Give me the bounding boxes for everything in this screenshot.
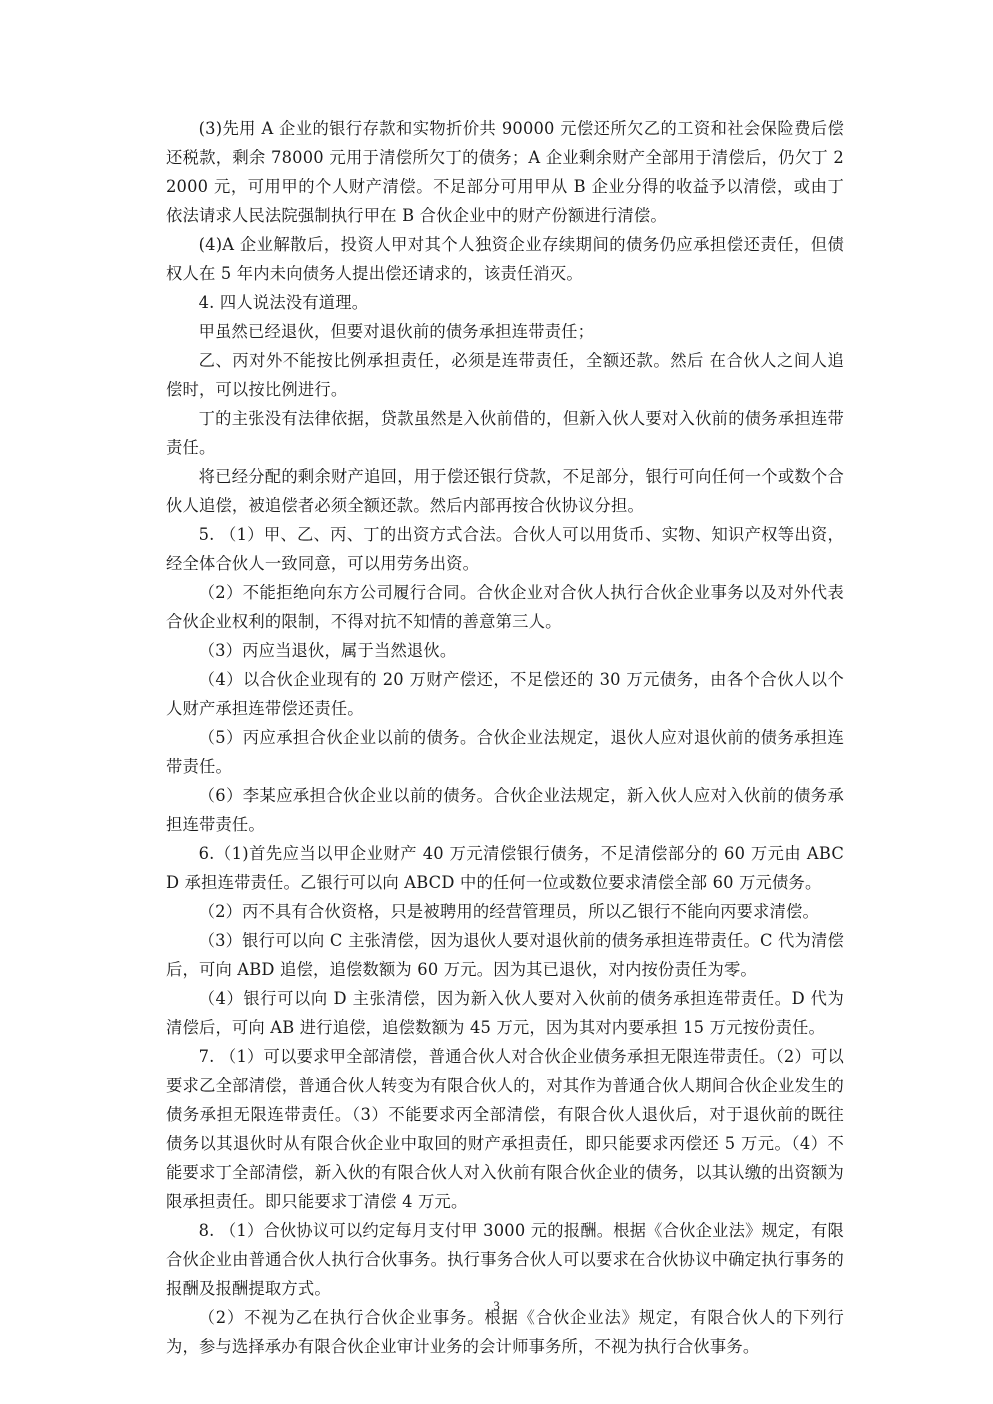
paragraph-3-4: (4)A 企业解散后，投资人甲对其个人独资企业存续期间的债务仍应承担偿还责任，但… [166, 230, 844, 288]
paragraph-q6-3: （3）银行可以向 C 主张清偿，因为退伙人要对退伙前的债务承担连带责任。C 代为… [166, 926, 844, 984]
paragraph-q4-ding: 丁的主张没有法律依据，贷款虽然是入伙前借的，但新入伙人要对入伙前的债务承担连带责… [166, 404, 844, 462]
paragraph-q8-1: 8. （1）合伙协议可以约定每月支付甲 3000 元的报酬。根据《合伙企业法》规… [166, 1216, 844, 1303]
paragraph-q5-3: （3）丙应当退伙，属于当然退伙。 [166, 636, 844, 665]
paragraph-q4-yi-bing: 乙、丙对外不能按比例承担责任，必须是连带责任，全额还款。然后 在合伙人之间人追偿… [166, 346, 844, 404]
paragraph-q6-4: （4）银行可以向 D 主张清偿，因为新入伙人要对入伙前的债务承担连带责任。D 代… [166, 984, 844, 1042]
document-body: (3)先用 A 企业的银行存款和实物折价共 90000 元偿还所欠乙的工资和社会… [166, 114, 844, 1361]
paragraph-3-3: (3)先用 A 企业的银行存款和实物折价共 90000 元偿还所欠乙的工资和社会… [166, 114, 844, 230]
paragraph-q5-5: （5）丙应承担合伙企业以前的债务。合伙企业法规定，退伙人应对退伙前的债务承担连带… [166, 723, 844, 781]
paragraph-q6-1: 6.（1)首先应当以甲企业财产 40 万元清偿银行债务，不足清偿部分的 60 万… [166, 839, 844, 897]
paragraph-q5-1: 5. （1）甲、乙、丙、丁的出资方式合法。合伙人可以用货币、实物、知识产权等出资… [166, 520, 844, 578]
paragraph-q5-6: （6）李某应承担合伙企业以前的债务。合伙企业法规定，新入伙人应对入伙前的债务承担… [166, 781, 844, 839]
paragraph-q5-4: （4）以合伙企业现有的 20 万财产偿还，不足偿还的 30 万元债务，由各个合伙… [166, 665, 844, 723]
paragraph-q7: 7. （1）可以要求甲全部清偿，普通合伙人对合伙企业债务承担无限连带责任。（2）… [166, 1042, 844, 1216]
paragraph-q4-jia: 甲虽然已经退伙，但要对退伙前的债务承担连带责任； [166, 317, 844, 346]
paragraph-q5-2: （2）不能拒绝向东方公司履行合同。合伙企业对合伙人执行合伙企业事务以及对外代表合… [166, 578, 844, 636]
paragraph-q6-2: （2）丙不具有合伙资格，只是被聘用的经营管理员，所以乙银行不能向丙要求清偿。 [166, 897, 844, 926]
paragraph-q4-heading: 4. 四人说法没有道理。 [166, 288, 844, 317]
page-number: 3 [0, 1298, 993, 1314]
paragraph-q4-recovery: 将已经分配的剩余财产追回，用于偿还银行贷款，不足部分，银行可向任何一个或数个合伙… [166, 462, 844, 520]
